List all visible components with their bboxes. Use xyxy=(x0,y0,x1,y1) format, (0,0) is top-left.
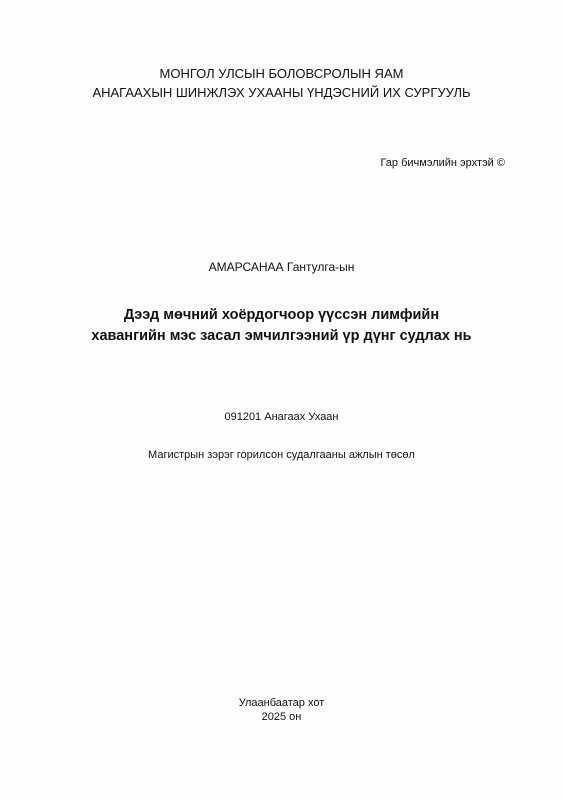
year: 2025 он xyxy=(0,710,563,724)
thesis-title-line-2: хавангийн мэс засал эмчилгээний үр дүнг … xyxy=(0,326,563,347)
specialty-code: 091201 Анагаах Ухаан xyxy=(0,410,563,424)
city: Улаанбаатар хот xyxy=(0,696,563,710)
university-name: АНАГААХЫН ШИНЖЛЭХ УХААНЫ ҮНДЭСНИЙ ИХ СУР… xyxy=(0,84,563,101)
thesis-title: Дээд мөчний хоёрдогчоор үүссэн лимфийн х… xyxy=(0,305,563,347)
document-type: Магистрын зэрэг горилсон судалгааны ажлы… xyxy=(0,448,563,462)
ministry-name: МОНГОЛ УЛСЫН БОЛОВСРОЛЫН ЯАМ xyxy=(0,65,563,82)
thesis-title-line-1: Дээд мөчний хоёрдогчоор үүссэн лимфийн xyxy=(0,305,563,326)
copyright-notice: Гар бичмэлийн эрхтэй © xyxy=(380,156,505,170)
author-name: АМАРСАНАА Гантулга-ын xyxy=(0,260,563,275)
